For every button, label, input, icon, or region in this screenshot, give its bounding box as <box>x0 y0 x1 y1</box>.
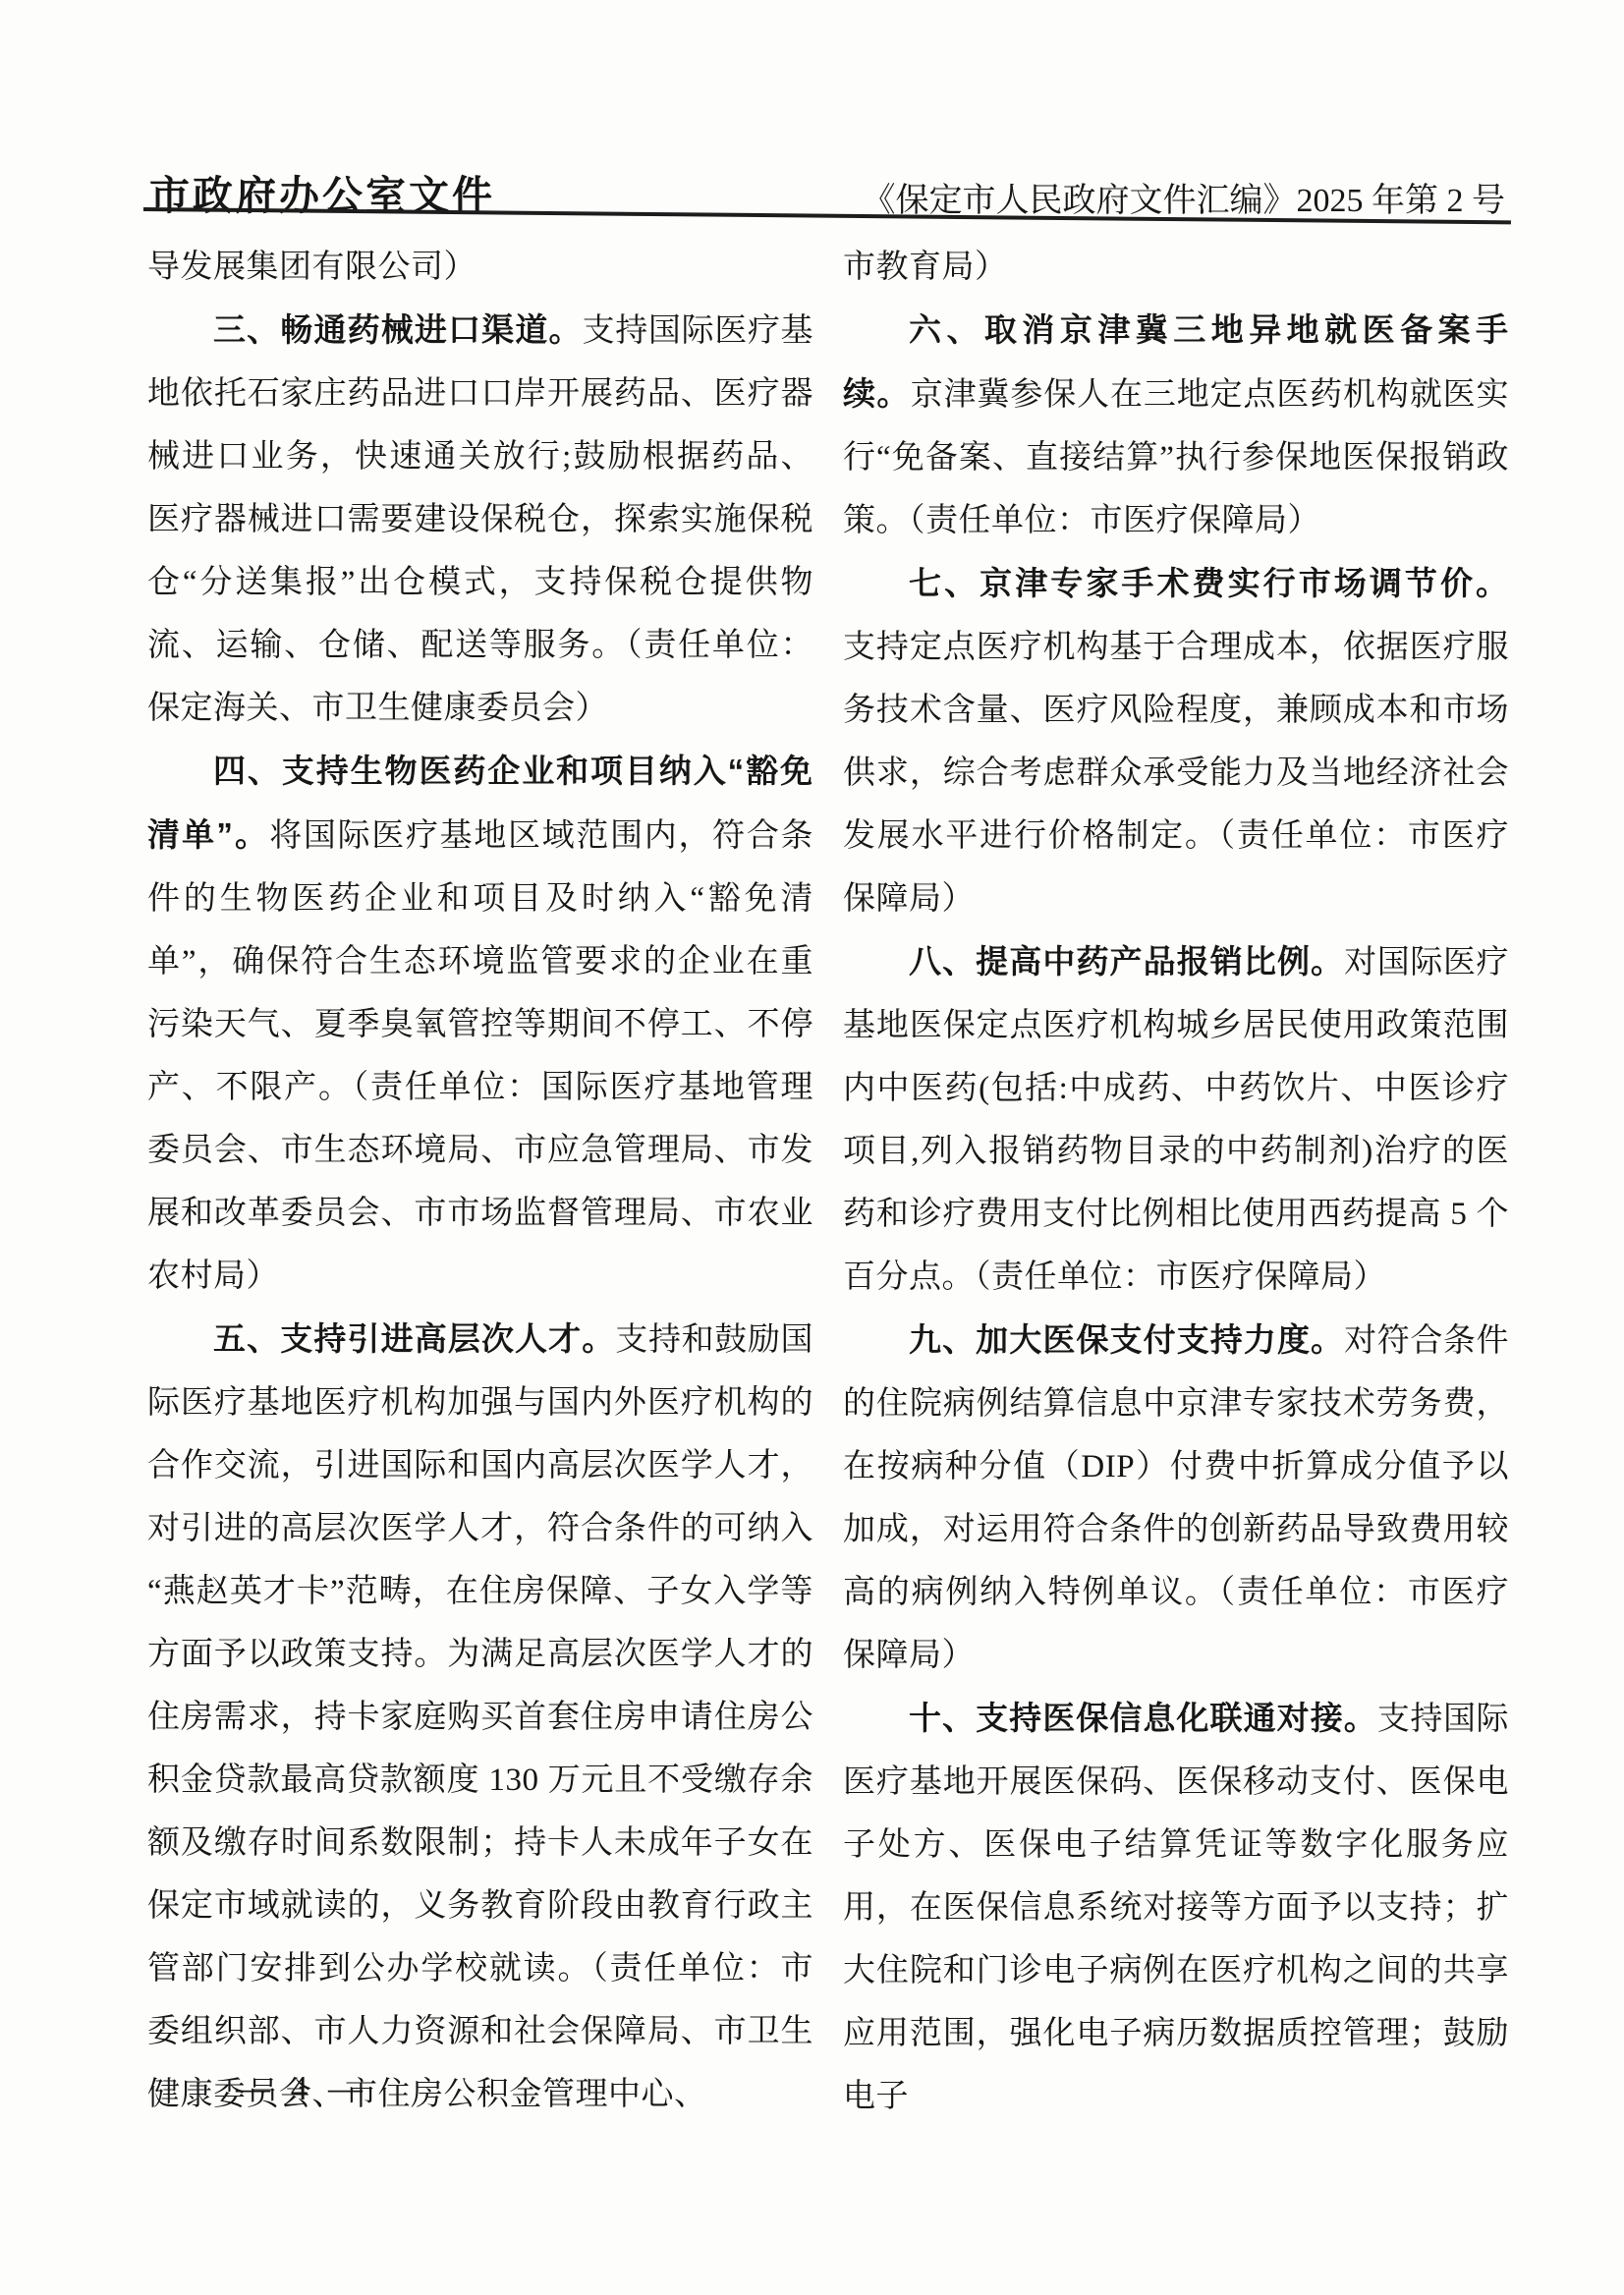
section-heading: 六、取消京津冀三地异地就医备案手续。 <box>843 311 1509 412</box>
compilation-title: 《保定市人民政府文件汇编》2025 年第 2 号 <box>863 173 1506 221</box>
section-heading: 十、支持医保信息化联通对接。 <box>909 1700 1377 1736</box>
paragraph: 八、提高中药产品报销比例。对国际医疗基地医保定点医疗机构城乡居民使用政策范围内中… <box>843 930 1509 1309</box>
column-right: 市教育局）六、取消京津冀三地异地就医备案手续。京津冀参保人在三地定点医药机构就医… <box>843 236 1509 2128</box>
section-heading: 七、京津专家手术费实行市场调节价。 <box>909 565 1509 601</box>
paragraph: 七、京津专家手术费实行市场调节价。支持定点医疗机构基于合理成本，依据医疗服务技术… <box>843 552 1509 930</box>
section-heading: 九、加大医保支付支持力度。 <box>909 1321 1344 1358</box>
paragraph: 四、支持生物医药企业和项目纳入“豁免清单”。将国际医疗基地区域范围内，符合条件的… <box>147 740 813 1308</box>
section-heading: 三、畅通药械进口渠道。 <box>213 311 583 348</box>
paragraph: 十、支持医保信息化联通对接。支持国际医疗基地开展医保码、医保移动支付、医保电子处… <box>843 1687 1509 2128</box>
paragraph: 三、畅通药械进口渠道。支持国际医疗基地依托石家庄药品进口口岸开展药品、医疗器械进… <box>147 299 813 740</box>
document-page: 市政府办公室文件 《保定市人民政府文件汇编》2025 年第 2 号 导发展集团有… <box>0 0 1624 2295</box>
section-heading: 五、支持引进高层次人才。 <box>213 1320 615 1357</box>
paragraph: 六、取消京津冀三地异地就医备案手续。京津冀参保人在三地定点医药机构就医实行“免备… <box>843 299 1509 552</box>
section-heading: 八、提高中药产品报销比例。 <box>909 943 1344 980</box>
paragraph: 五、支持引进高层次人才。支持和鼓励国际医疗基地医疗机构加强与国内外医疗机构的合作… <box>147 1308 813 2126</box>
paragraph: 市教育局） <box>843 236 1509 299</box>
page-number: — 4 — <box>236 2069 368 2108</box>
content-columns: 导发展集团有限公司）三、畅通药械进口渠道。支持国际医疗基地依托石家庄药品进口口岸… <box>147 236 1509 2128</box>
section-heading: 四、支持生物医药企业和项目纳入“豁免清单”。 <box>147 753 813 853</box>
paragraph: 导发展集团有限公司） <box>147 236 813 299</box>
column-left: 导发展集团有限公司）三、畅通药械进口渠道。支持国际医疗基地依托石家庄药品进口口岸… <box>147 236 813 2128</box>
paragraph: 九、加大医保支付支持力度。对符合条件的住院病例结算信息中京津专家技术劳务费，在按… <box>843 1309 1509 1687</box>
